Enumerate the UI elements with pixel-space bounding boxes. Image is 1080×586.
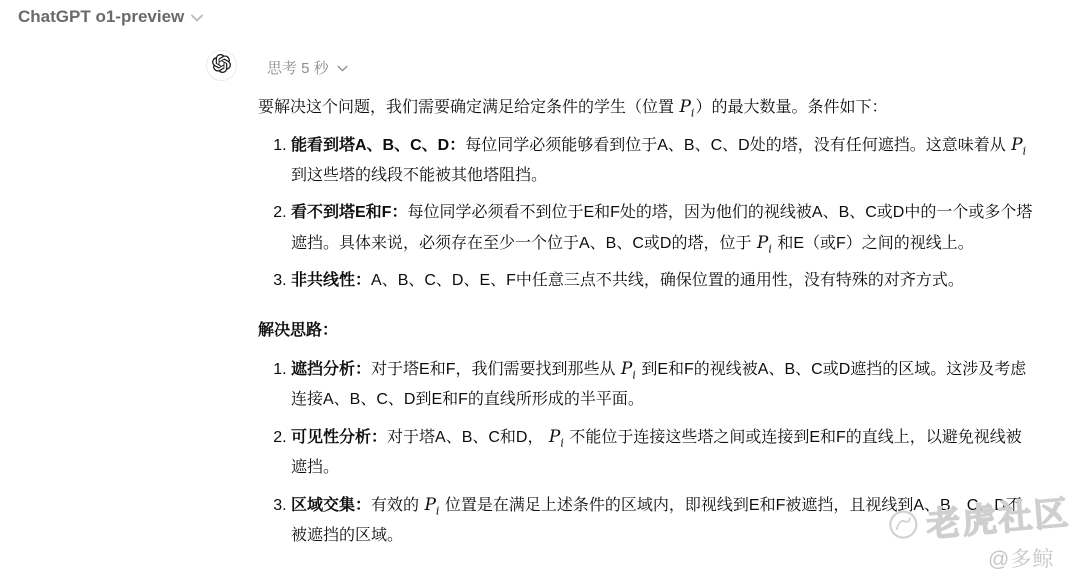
model-switcher-label: ChatGPT o1-preview xyxy=(18,7,184,27)
chevron-down-icon xyxy=(337,65,348,72)
math-p-i: Pi xyxy=(548,427,565,447)
bold-text: 区域交集： xyxy=(291,497,371,514)
bold-text: 可见性分析： xyxy=(291,429,387,446)
list-item: 可见性分析：对于塔A、B、C和D， Pi 不能位于连接这些塔之间或连接到E和F的… xyxy=(291,422,1036,483)
bold-text: 遮挡分析： xyxy=(291,361,371,378)
list-item: 非共线性：A、B、C、D、E、F中任意三点不共线，确保位置的通用性，没有特殊的对… xyxy=(291,266,1036,296)
thought-duration-toggle[interactable]: 思考 5 秒 xyxy=(267,57,348,78)
list-item: 区域交集：有效的 Pi 位置是在满足上述条件的区域内，即视线到E和F被遮挡，且视… xyxy=(291,490,1036,551)
bold-text: 看不到塔E和F： xyxy=(291,204,407,221)
approach-heading: 解决思路： xyxy=(258,316,1036,346)
bold-text: 能看到塔A、B、C、D： xyxy=(291,137,465,154)
math-p-i: Pi xyxy=(423,495,440,515)
math-p-i: Pi xyxy=(1010,135,1027,155)
conditions-list: 能看到塔A、B、C、D：每位同学必须能够看到位于A、B、C、D处的塔，没有任何遮… xyxy=(258,130,1036,296)
chat-page: ChatGPT o1-preview 思考 5 秒 要解决这个问题，我们需要确定… xyxy=(0,0,1080,586)
list-item: 看不到塔E和F：每位同学必须看不到位于E和F处的塔，因为他们的视线被A、B、C或… xyxy=(291,198,1036,259)
thought-duration-label: 思考 5 秒 xyxy=(267,57,329,78)
model-switcher[interactable]: ChatGPT o1-preview xyxy=(18,7,203,27)
math-p-i: Pi xyxy=(756,233,773,253)
math-p-i: Pi xyxy=(620,359,637,379)
approach-heading-text: 解决思路： xyxy=(258,322,338,339)
intro-paragraph: 要解决这个问题，我们需要确定满足给定条件的学生（位置 Pi）的最大数量。条件如下… xyxy=(258,92,1036,123)
list-item: 遮挡分析：对于塔E和F，我们需要找到那些从 Pi 到E和F的视线被A、B、C或D… xyxy=(291,354,1036,415)
assistant-avatar xyxy=(206,50,237,81)
assistant-message: 要解决这个问题，我们需要确定满足给定条件的学生（位置 Pi）的最大数量。条件如下… xyxy=(258,92,1036,558)
bold-text: 非共线性： xyxy=(291,272,371,289)
math-p-i: Pi xyxy=(678,97,695,117)
chevron-down-icon xyxy=(191,14,203,22)
openai-logo-icon xyxy=(212,54,231,78)
steps-list: 遮挡分析：对于塔E和F，我们需要找到那些从 Pi 到E和F的视线被A、B、C或D… xyxy=(258,354,1036,551)
list-item: 能看到塔A、B、C、D：每位同学必须能够看到位于A、B、C、D处的塔，没有任何遮… xyxy=(291,130,1036,191)
